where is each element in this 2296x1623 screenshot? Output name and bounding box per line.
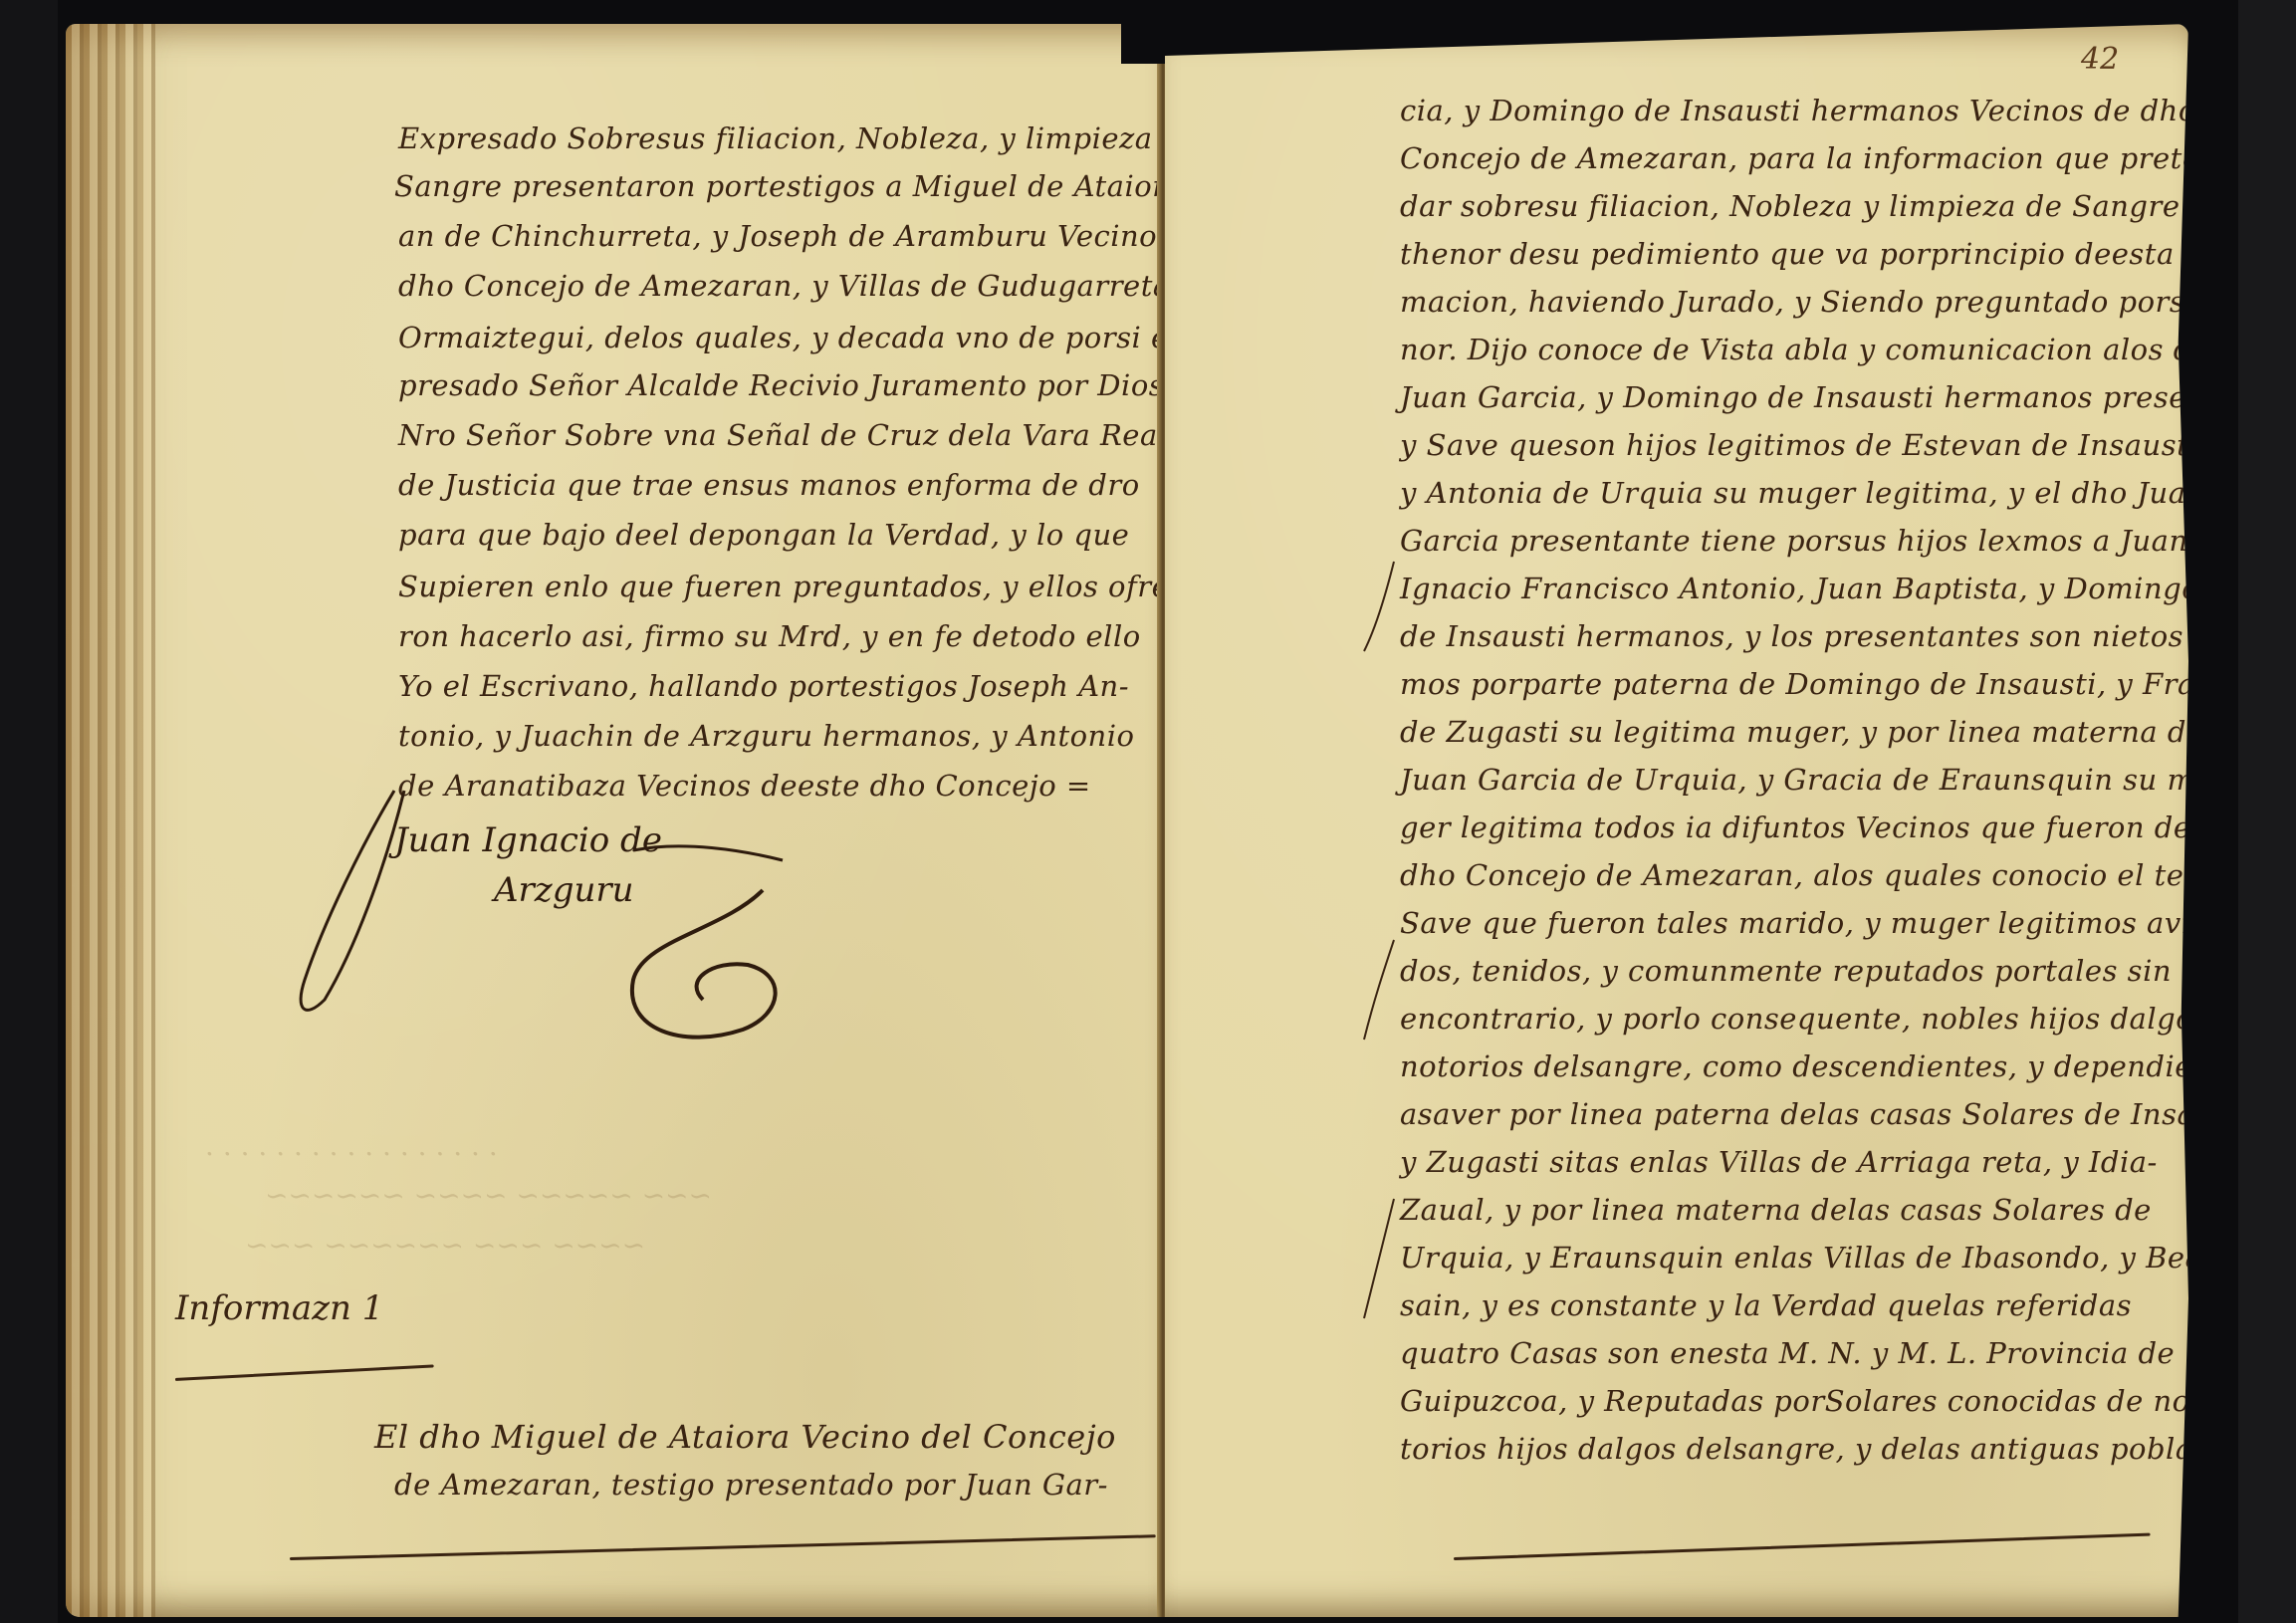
manuscript-line: de Zugasti su legitima muger, y por line… (1400, 715, 2204, 749)
manuscript-line: Zaual, y por linea materna delas casas S… (1400, 1193, 2152, 1227)
manuscript-line: Ignacio Francisco Antonio, Juan Baptista… (1400, 572, 2199, 605)
manuscript-line: tonio, y Juachin de Arzguru hermanos, y … (398, 719, 1134, 753)
bleed-through-text: ~~~~ ~~~ ~~~~~~ ~~~ (245, 1229, 645, 1262)
manuscript-line: Supieren enlo que fueren preguntados, y … (398, 570, 1224, 603)
manuscript-line: asaver por linea paterna delas casas Sol… (1400, 1097, 2260, 1131)
left-page: . . . . . . . . . . . . . . . . . ~~~ ~~… (66, 24, 1161, 1617)
background-right (2238, 0, 2296, 1623)
manuscript-line: nor. Dijo conoce de Vista abla y comunic… (1400, 333, 2244, 366)
manuscript-line: Nro Señor Sobre vna Señal de Cruz dela V… (398, 418, 1168, 452)
manuscript-line: y Antonia de Urquia su muger legitima, y… (1400, 476, 2205, 510)
manuscript-line: Ormaiztegui, delos quales, y decada vno … (398, 321, 1236, 354)
manuscript-line: Save que fueron tales marido, y muger le… (1400, 906, 2201, 940)
manuscript-line: Sangre presentaron portestigos a Miguel … (394, 169, 1245, 203)
background-left (0, 0, 58, 1623)
manuscript-line: Yo el Escrivano, hallando portestigos Jo… (398, 669, 1129, 703)
manuscript-line: dar sobresu filiacion, Nobleza y limpiez… (1400, 189, 2217, 223)
manuscript-line: presado Señor Alcalde Recivio Juramento … (398, 368, 1164, 402)
manuscript-line: Juan Garcia, y Domingo de Insausti herma… (1400, 380, 2296, 414)
marginal-note: Informazn 1 (175, 1288, 383, 1328)
manuscript-line: cia, y Domingo de Insausti hermanos Veci… (1400, 94, 2196, 127)
manuscript-line: dos, tenidos, y comunmente reputados por… (1400, 954, 2249, 988)
manuscript-line: Concejo de Amezaran, para la informacion… (1400, 141, 2275, 175)
manuscript-line: notorios delsangre, como descendientes, … (1400, 1049, 2256, 1083)
manuscript-line: quatro Casas son enesta M. N. y M. L. Pr… (1400, 1336, 2175, 1370)
manuscript-line: Garcia presentante tiene porsus hijos le… (1400, 524, 2188, 558)
manuscript-line: Urquia, y Eraunsquin enlas Villas de Iba… (1400, 1241, 2213, 1275)
open-manuscript-book: . . . . . . . . . . . . . . . . . ~~~ ~~… (66, 24, 2188, 1617)
closing-rule (290, 1534, 1156, 1560)
manuscript-line: de Justicia que trae ensus manos enforma… (398, 468, 1140, 502)
manuscript-line: mos porparte paterna de Domingo de Insau… (1400, 667, 2258, 701)
manuscript-line: encontrario, y porlo consequente, nobles… (1400, 1002, 2193, 1036)
bleed-through-text: ~~~ ~~~~~ ~~~~ ~~~~~~ (265, 1179, 712, 1212)
margin-strokes-icon (1354, 542, 1414, 1438)
right-page: 42 cia, y Domingo de Insausti hermanos V… (1165, 24, 2188, 1617)
manuscript-line: de Insausti hermanos, y los presentantes… (1400, 619, 2281, 653)
manuscript-line: para que bajo deel depongan la Verdad, y… (398, 518, 1129, 552)
closing-rule (1454, 1533, 2151, 1560)
manuscript-line: Juan Garcia de Urquia, y Gracia de Eraun… (1400, 763, 2224, 797)
manuscript-line: y Save queson hijos legitimos de Estevan… (1400, 428, 2198, 462)
marginal-underline (175, 1364, 434, 1381)
manuscript-line: torios hijos dalgos delsangre, y delas a… (1400, 1432, 2193, 1466)
manuscript-line: sain, y es constante y la Verdad quelas … (1400, 1288, 2132, 1322)
manuscript-line: Guipuzcoa, y Reputadas porSolares conoci… (1400, 1384, 2200, 1418)
manuscript-line: an de Chinchurreta, y Joseph de Aramburu… (398, 219, 1219, 253)
manuscript-line: ger legitima todos ia difuntos Vecinos q… (1400, 811, 2200, 844)
testimony-heading-line: de Amezaran, testigo presentado por Juan… (394, 1468, 1108, 1502)
signature-flourish-icon (245, 781, 842, 1079)
testimony-heading-line: El dho Miguel de Ataiora Vecino del Conc… (374, 1418, 1116, 1456)
manuscript-line: thenor desu pedimiento que va porprincip… (1400, 237, 2268, 271)
manuscript-line: macion, haviendo Jurado, y Siendo pregun… (1400, 285, 2272, 319)
manuscript-line: dho Concejo de Amezaran, alos quales con… (1400, 858, 2294, 892)
manuscript-line: ron hacerlo asi, firmo su Mrd, y en fe d… (398, 619, 1141, 653)
manuscript-line: y Zugasti sitas enlas Villas de Arriaga … (1400, 1145, 2158, 1179)
manuscript-line: Expresado Sobresus filiacion, Nobleza, y… (398, 121, 1199, 155)
bleed-through-text: . . . . . . . . . . . . . . . . . (205, 1129, 498, 1162)
manuscript-line: dho Concejo de Amezaran, y Villas de Gud… (398, 269, 1207, 303)
folio-number: 42 (2081, 42, 2119, 77)
